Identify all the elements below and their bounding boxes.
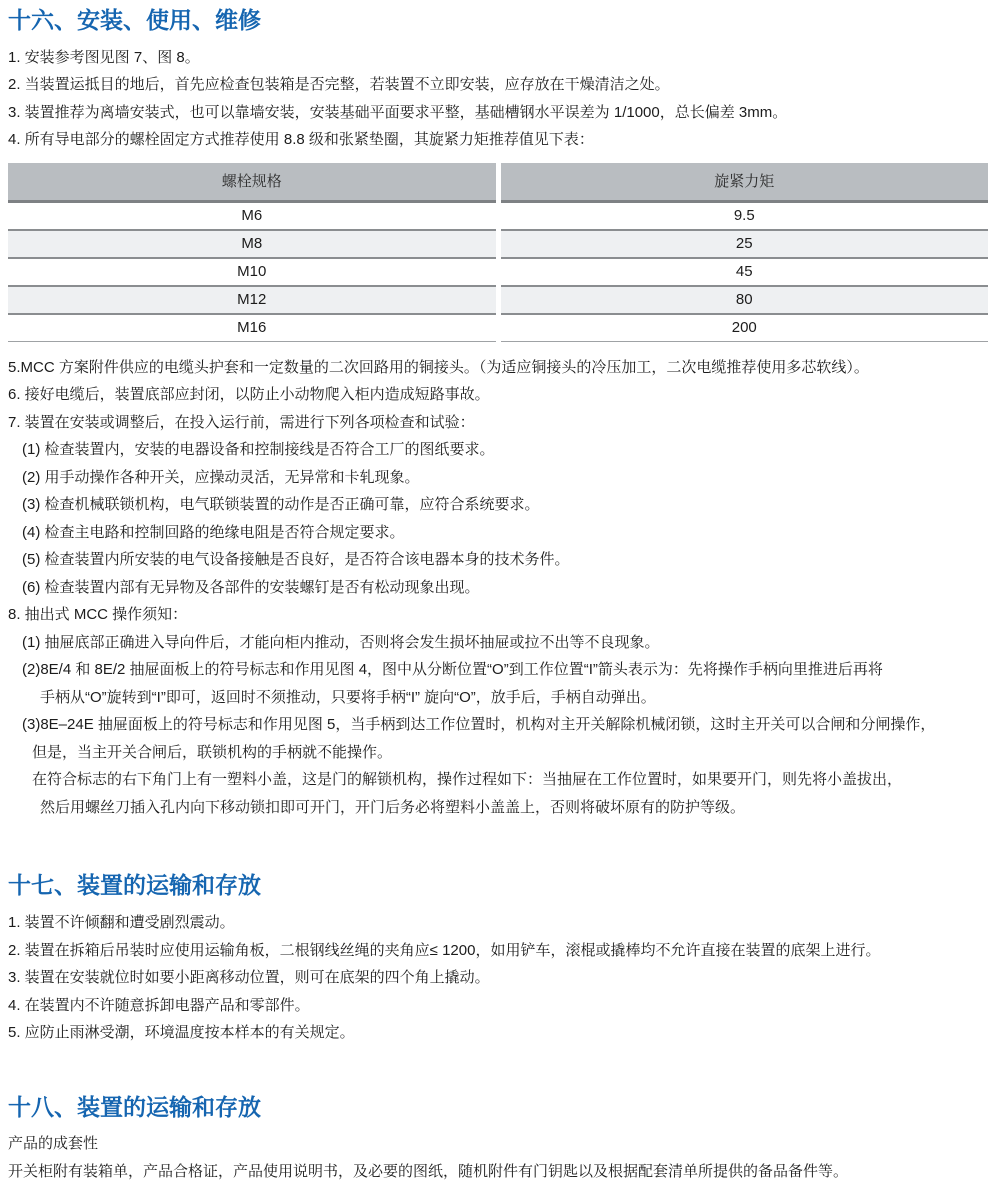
- instruction-continuation: 手柄从“O”旋转到“I”即可，返回时不须推动，只要将手柄“I” 旋向“O”，放手…: [8, 684, 988, 712]
- section-16-title: 十六、安装、使用、维修: [8, 6, 988, 35]
- instruction-continuation: 在符合标志的右下角门上有一塑料小盖，这是门的解锁机构，操作过程如下：当抽屉在工作…: [8, 766, 988, 794]
- instruction-line: 2. 当装置运抵目的地后，首先应检查包装箱是否完整，若装置不立即安装，应存放在干…: [8, 71, 988, 99]
- torque-value-cell: 200: [501, 315, 989, 342]
- instruction-line: 开关柜附有装箱单，产品合格证，产品使用说明书，及必要的图纸，随机附件有门钥匙以及…: [8, 1158, 988, 1186]
- instruction-line: 3. 装置推荐为离墙安装式，也可以靠墙安装，安装基础平面要求平整，基础槽钢水平误…: [8, 99, 988, 127]
- bolt-spec-cell: M8: [8, 231, 496, 259]
- bolt-spec-cell: M12: [8, 287, 496, 315]
- instruction-subline: (2)8E/4 和 8E/2 抽屉面板上的符号标志和作用见图 4，图中从分断位置…: [8, 656, 988, 684]
- instruction-subline: (5) 检查装置内所安装的电气设备接触是否良好，是否符合该电器本身的技术务件。: [8, 546, 988, 574]
- instruction-subline: (1) 检查装置内，安装的电器设备和控制接线是否符合工厂的图纸要求。: [8, 436, 988, 464]
- subheading-completeness: 产品的成套性: [8, 1130, 988, 1158]
- table-row: M16 200: [8, 315, 988, 342]
- torque-value-cell: 9.5: [501, 203, 989, 231]
- table-row: M12 80: [8, 287, 988, 315]
- table-header-bolt-spec: 螺栓规格: [8, 163, 496, 203]
- section-installation-use-maintenance: 十六、安装、使用、维修 1. 安装参考图见图 7、图 8。 2. 当装置运抵目的…: [8, 6, 988, 821]
- instruction-line: 1. 安装参考图见图 7、图 8。: [8, 44, 988, 72]
- instruction-subline: (3)8E–24E 抽屉面板上的符号标志和作用见图 5，当手柄到达工作位置时，机…: [8, 711, 988, 739]
- instruction-line: 5.MCC 方案附件供应的电缆头护套和一定数量的二次回路用的铜接头。（为适应铜接…: [8, 354, 988, 382]
- section-product-completeness: 十八、装置的运输和存放 产品的成套性 开关柜附有装箱单，产品合格证，产品使用说明…: [8, 1093, 988, 1186]
- instruction-line: 1. 装置不许倾翻和遭受剧烈震动。: [8, 909, 988, 937]
- instruction-subline: (1) 抽屉底部正确进入导向件后，才能向柜内推动，否则将会发生损坏抽屉或拉不出等…: [8, 629, 988, 657]
- section-18-title: 十八、装置的运输和存放: [8, 1093, 988, 1122]
- table-header-row: 螺栓规格 旋紧力矩: [8, 163, 988, 203]
- instruction-line: 4. 在装置内不许随意拆卸电器产品和零部件。: [8, 992, 988, 1020]
- instruction-subline: (2) 用手动操作各种开关，应操动灵活，无异常和卡轧现象。: [8, 464, 988, 492]
- torque-value-cell: 45: [501, 259, 989, 287]
- torque-table: 螺栓规格 旋紧力矩 M6 9.5 M8 25 M10 45 M12 80 M16…: [8, 163, 988, 342]
- instruction-line: 3. 装置在安装就位时如要小距离移动位置，则可在底架的四个角上撬动。: [8, 964, 988, 992]
- instruction-line: 7. 装置在安装或调整后，在投入运行前，需进行下列各项检查和试验：: [8, 409, 988, 437]
- instruction-continuation: 但是，当主开关合闸后，联锁机构的手柄就不能操作。: [8, 739, 988, 767]
- table-row: M10 45: [8, 259, 988, 287]
- table-row: M8 25: [8, 231, 988, 259]
- instruction-subline: (3) 检查机械联锁机构，电气联锁装置的动作是否正确可靠，应符合系统要求。: [8, 491, 988, 519]
- instruction-subline: (6) 检查装置内部有无异物及各部件的安装螺钉是否有松动现象出现。: [8, 574, 988, 602]
- instruction-line: 4. 所有导电部分的螺栓固定方式推荐使用 8.8 级和张紧垫圈，其旋紧力矩推荐值…: [8, 126, 988, 154]
- section-transport-storage: 十七、装置的运输和存放 1. 装置不许倾翻和遭受剧烈震动。 2. 装置在拆箱后吊…: [8, 871, 988, 1046]
- instruction-line: 5. 应防止雨淋受潮，环境温度按本样本的有关规定。: [8, 1019, 988, 1047]
- table-header-torque: 旋紧力矩: [501, 163, 989, 203]
- torque-value-cell: 80: [501, 287, 989, 315]
- instruction-line: 2. 装置在拆箱后吊装时应使用运输角板，二根钢线丝绳的夹角应≤ 1200，如用铲…: [8, 937, 988, 965]
- bolt-spec-cell: M10: [8, 259, 496, 287]
- bolt-spec-cell: M16: [8, 315, 496, 342]
- table-row: M6 9.5: [8, 203, 988, 231]
- instruction-line: 8. 抽出式 MCC 操作须知：: [8, 601, 988, 629]
- bolt-spec-cell: M6: [8, 203, 496, 231]
- torque-value-cell: 25: [501, 231, 989, 259]
- instruction-subline: (4) 检查主电路和控制回路的绝缘电阻是否符合规定要求。: [8, 519, 988, 547]
- section-17-title: 十七、装置的运输和存放: [8, 871, 988, 900]
- instruction-continuation: 然后用螺丝刀插入孔内向下移动锁扣即可开门，开门后务必将塑料小盖盖上，否则将破坏原…: [8, 794, 988, 822]
- instruction-line: 6. 接好电缆后，装置底部应封闭，以防止小动物爬入柜内造成短路事故。: [8, 381, 988, 409]
